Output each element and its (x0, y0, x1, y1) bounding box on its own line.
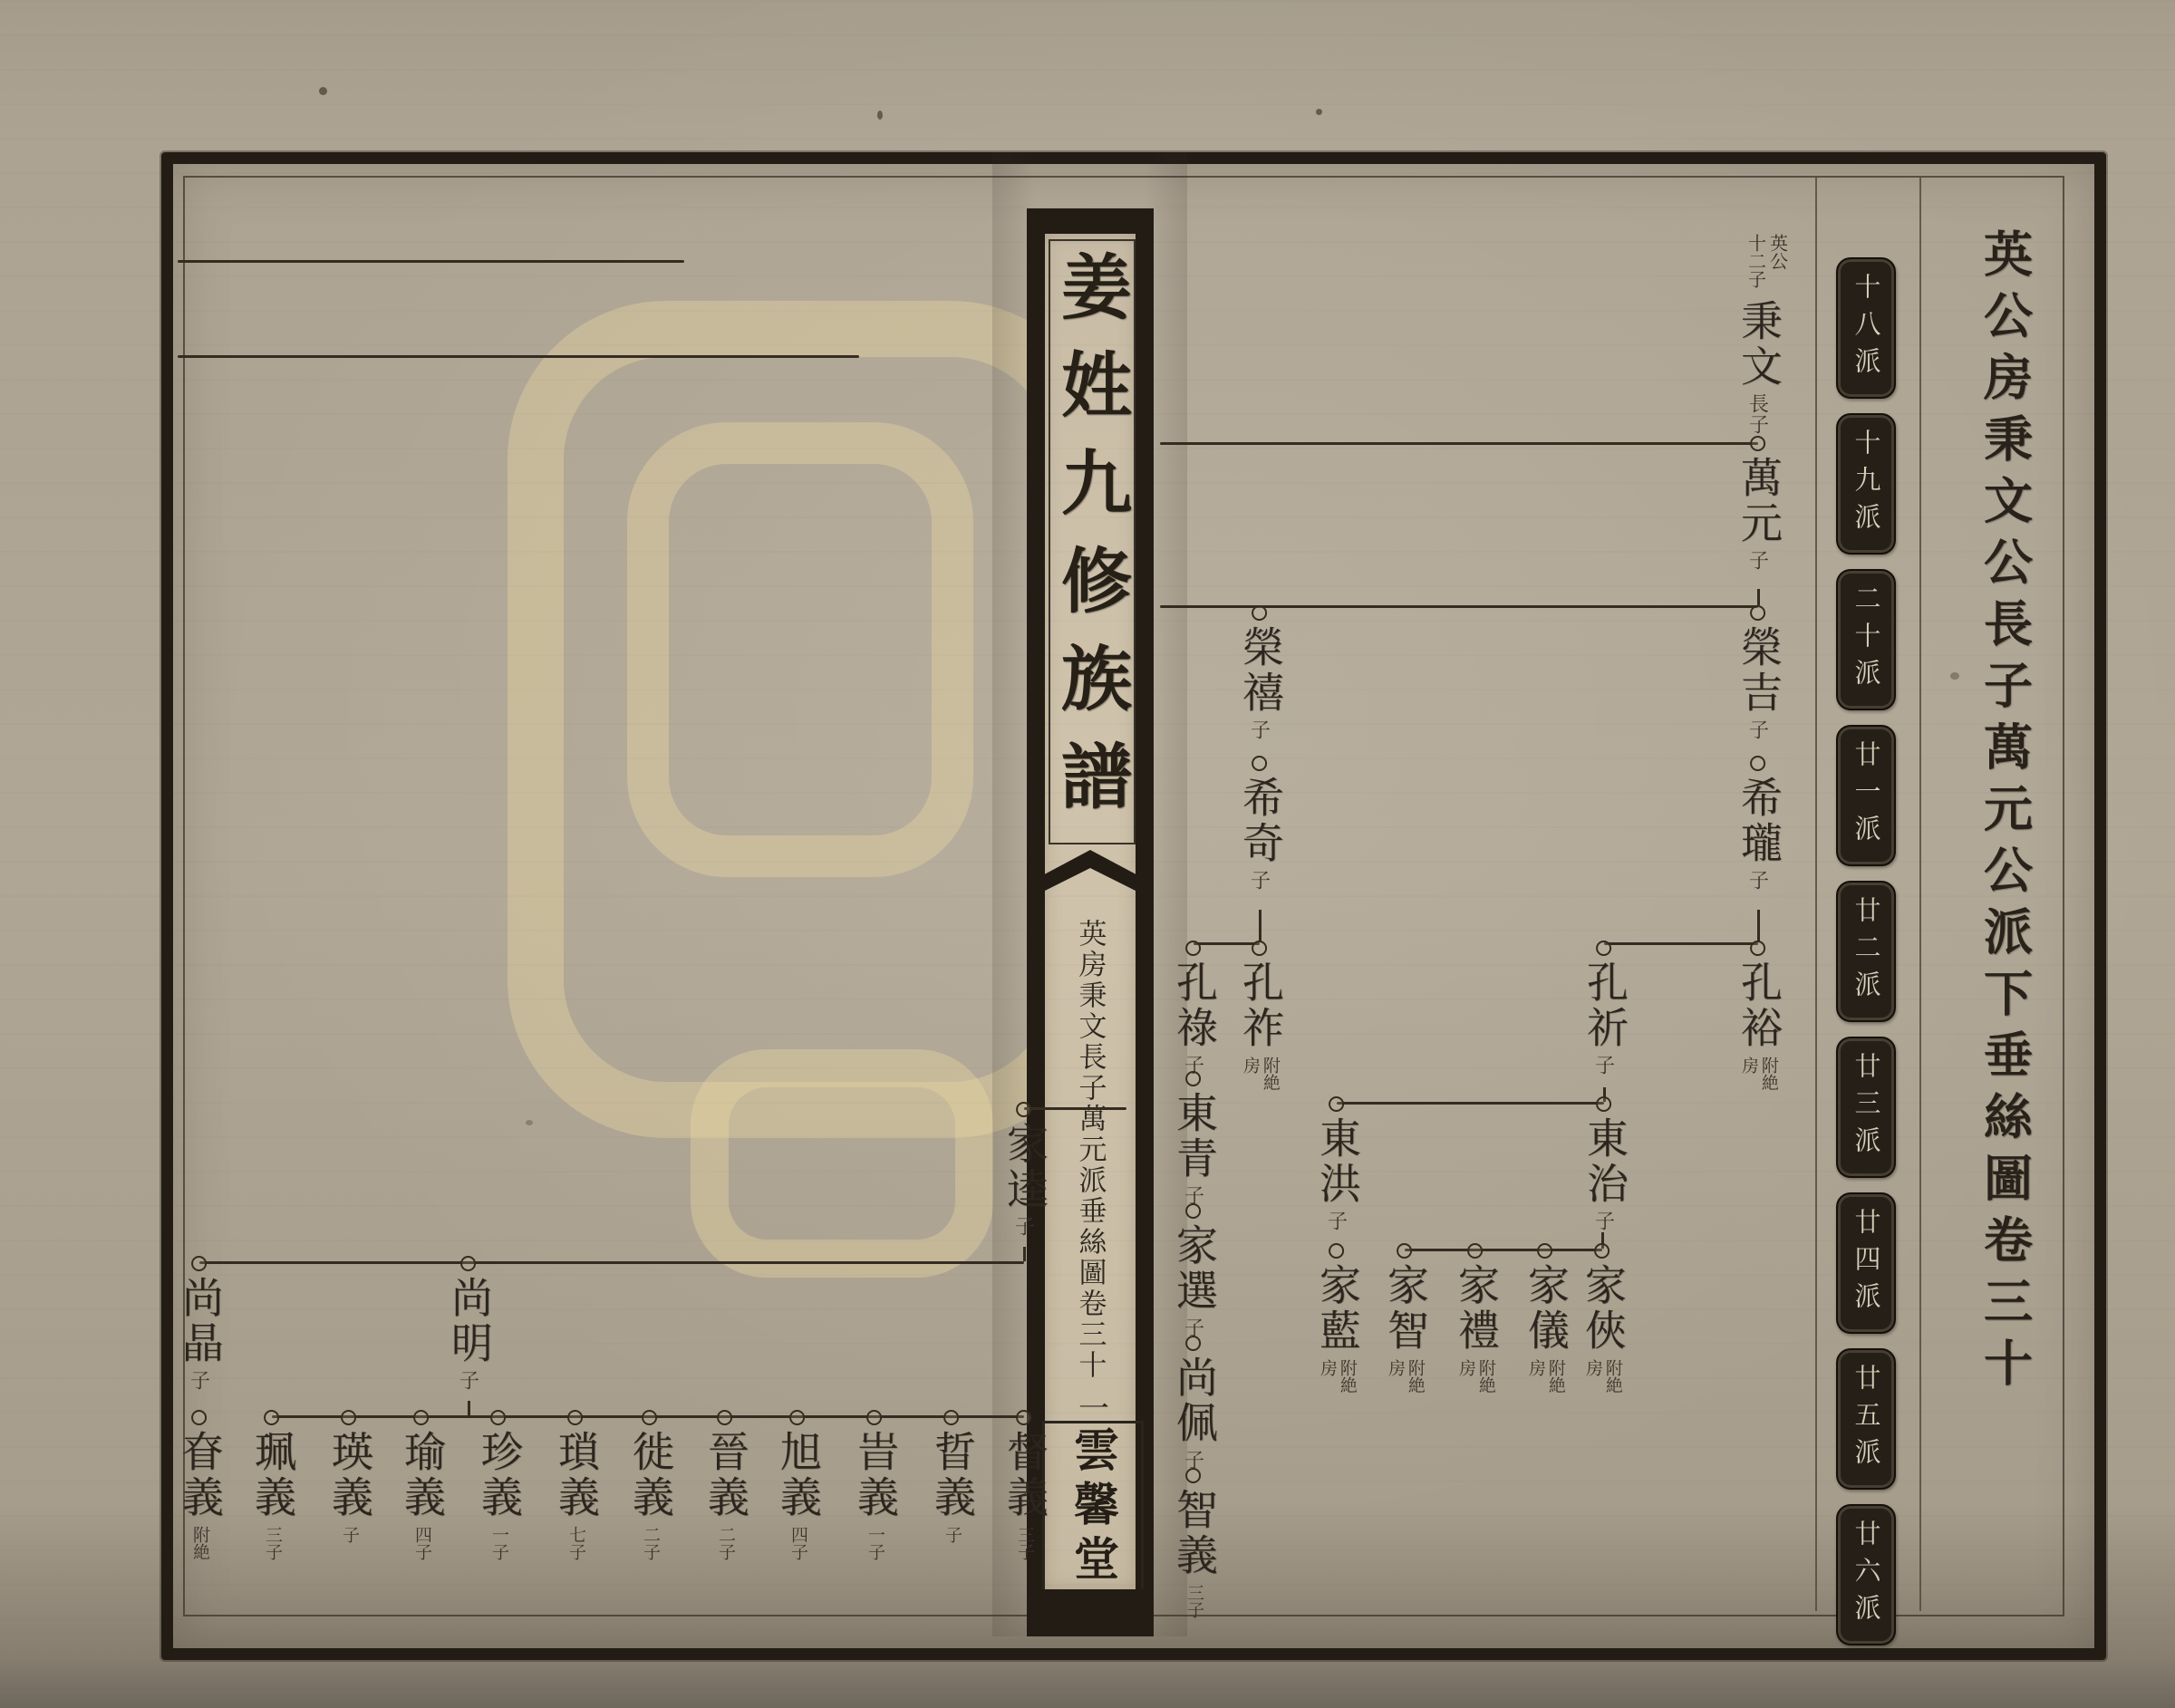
tree-node-孔祿: 孔祿子 (1172, 941, 1215, 1076)
status-note: 附絶房 (1318, 1359, 1356, 1394)
tree-node-希奇: 希奇子 (1238, 756, 1281, 891)
descent-circle-icon (341, 1410, 356, 1425)
status-note-col: 三子 (1015, 1526, 1033, 1560)
descent-circle-icon (1596, 1096, 1611, 1112)
descent-circle-icon (789, 1410, 805, 1425)
status-note-col: 附絶 (1759, 1057, 1777, 1091)
sibling-connector-line (199, 1261, 1024, 1264)
tree-node-萬元: 萬元子 (1736, 436, 1780, 571)
person-name: 東洪 (1315, 1116, 1358, 1207)
tree-node-晉義: 晉義二子 (703, 1410, 747, 1560)
person-name: 晢義 (930, 1430, 973, 1520)
tree-node-家智: 家智附絶房 (1383, 1243, 1426, 1394)
book-title: 姜姓九修族譜 (1039, 250, 1141, 837)
person-name: 萬元 (1736, 456, 1780, 546)
status-note-col: 三子 (1184, 1584, 1203, 1618)
person-name: 瑜義 (400, 1430, 443, 1520)
descent-tick-line (468, 1401, 470, 1415)
relation-annotation: 子 (1590, 1055, 1618, 1076)
descent-circle-icon (1750, 605, 1765, 621)
relation-annotation: 子 (454, 1370, 482, 1391)
person-name: 旹義 (853, 1430, 896, 1520)
chart-title: 英公房秉文公長子萬元公派下垂絲圖卷三十 (1970, 228, 2040, 1399)
person-name: 孔祿 (1172, 960, 1215, 1051)
tree-node-家俠: 家俠附絶房 (1580, 1243, 1624, 1394)
status-note-col: 附絶 (1476, 1359, 1494, 1394)
person-name: 家藍 (1315, 1263, 1358, 1354)
person-name: 尚佩 (1172, 1356, 1215, 1446)
generation-label-text: 二十派 (1848, 584, 1885, 696)
status-note: 三子 (1015, 1526, 1033, 1560)
status-note: 子 (942, 1526, 961, 1543)
status-note: 附絶房 (1241, 1057, 1279, 1091)
status-note-col: 子 (340, 1526, 358, 1543)
descent-circle-icon (1750, 756, 1765, 771)
lineage-start-note: 英公 十二子 (1745, 234, 1786, 288)
status-note-col: 附絶 (1603, 1359, 1621, 1394)
status-note-col: 房 (1583, 1359, 1601, 1394)
tree-node-旭義: 旭義四子 (776, 1410, 819, 1560)
tree-node-東治: 東治子 (1582, 1096, 1626, 1231)
descent-circle-icon (1252, 605, 1267, 621)
paper-speck (1950, 672, 1959, 680)
person-name: 家儀 (1523, 1263, 1567, 1354)
status-note-col: 一子 (865, 1526, 884, 1560)
descent-circle-icon (1016, 1102, 1031, 1117)
status-note: 附絶房 (1456, 1359, 1494, 1394)
person-name: 家智 (1383, 1263, 1426, 1354)
tree-node-珮義: 珮義三子 (250, 1410, 294, 1560)
generation-label-text: 廿六派 (1848, 1520, 1885, 1631)
relation-annotation: 子 (1590, 1211, 1618, 1231)
tree-node-旹義: 旹義一子 (853, 1410, 896, 1560)
status-note-col: 一子 (489, 1526, 507, 1560)
generation-label-text: 廿一派 (1848, 740, 1885, 852)
person-name: 希瓏 (1736, 776, 1780, 866)
sibling-connector-line (1604, 942, 1758, 945)
person-name: 孔祚 (1238, 960, 1281, 1051)
generation-label-text: 十九派 (1848, 429, 1885, 540)
status-note-col: 子 (942, 1526, 961, 1543)
descent-tick-line (1757, 589, 1760, 605)
person-name: 晉義 (703, 1430, 747, 1520)
tree-node-尚佩: 尚佩子 (1172, 1336, 1215, 1471)
descent-circle-icon (1016, 1410, 1031, 1425)
status-note-col: 四子 (788, 1526, 807, 1560)
tree-node-智義: 智義三子 (1172, 1468, 1215, 1618)
generation-label-十八派: 十八派 (1836, 257, 1896, 399)
person-name: 孔祈 (1582, 960, 1626, 1051)
tree-node-家儀: 家儀附絶房 (1523, 1243, 1567, 1394)
person-name: 榮吉 (1736, 625, 1780, 716)
descent-circle-icon (943, 1410, 959, 1425)
status-note: 四子 (788, 1526, 807, 1560)
tree-node-孔祚: 孔祚附絶房 (1238, 941, 1281, 1091)
descent-circle-icon (1594, 1243, 1609, 1259)
status-note: 一子 (865, 1526, 884, 1560)
sibling-connector-line (1337, 1102, 1604, 1105)
column-rule-right (1919, 178, 1921, 1611)
sibling-connector-line (1405, 1249, 1602, 1251)
descent-circle-icon (642, 1410, 657, 1425)
generation-label-廿四派: 廿四派 (1836, 1192, 1896, 1334)
tree-node-家選: 家選子 (1172, 1203, 1215, 1338)
person-name: 家禮 (1454, 1263, 1497, 1354)
column-rule-left (1815, 178, 1817, 1611)
tree-node-家藍: 家藍附絶房 (1315, 1243, 1358, 1394)
status-note: 附絶房 (1526, 1359, 1564, 1394)
descent-circle-icon (866, 1410, 882, 1425)
person-name: 希奇 (1238, 776, 1281, 866)
status-note: 二子 (716, 1526, 734, 1560)
person-name: 尚明 (447, 1276, 490, 1366)
status-note: 四子 (412, 1526, 430, 1560)
descent-circle-icon (1750, 941, 1765, 956)
person-name: 尚晶 (178, 1276, 221, 1366)
status-note-col: 房 (1739, 1057, 1757, 1091)
relation-annotation: 子 (1245, 719, 1273, 740)
generation-label-二十派: 二十派 (1836, 569, 1896, 710)
status-note-col: 四子 (412, 1526, 430, 1560)
status-note: 二子 (641, 1526, 659, 1560)
tree-node-尚明: 尚明子 (447, 1256, 490, 1391)
status-note: 三子 (1184, 1584, 1203, 1618)
status-note-col: 二子 (716, 1526, 734, 1560)
generation-label-text: 廿四派 (1848, 1208, 1885, 1319)
generation-label-廿二派: 廿二派 (1836, 881, 1896, 1022)
status-note-col: 附絶 (1338, 1359, 1356, 1394)
descent-circle-icon (1467, 1243, 1483, 1259)
relation-annotation: 子 (185, 1370, 213, 1391)
status-note-col: 房 (1386, 1359, 1404, 1394)
status-note-col: 房 (1318, 1359, 1336, 1394)
sibling-connector-line (1160, 442, 1758, 445)
status-note: 附絶 (190, 1526, 208, 1560)
person-name: 東治 (1582, 1116, 1626, 1207)
status-note: 子 (340, 1526, 358, 1543)
sibling-connector-line (178, 355, 859, 358)
status-note-col: 附絶 (1406, 1359, 1424, 1394)
descent-tick-line (1023, 1247, 1026, 1261)
tree-node-眘義: 眘義附絶 (178, 1410, 221, 1560)
descent-circle-icon (191, 1410, 207, 1425)
tree-node-榮吉: 榮吉子 (1736, 605, 1780, 740)
relation-annotation: 子 (1245, 870, 1273, 891)
descent-circle-icon (264, 1410, 279, 1425)
status-note-col: 七子 (566, 1526, 585, 1560)
tree-node-家禮: 家禮附絶房 (1454, 1243, 1497, 1394)
relation-annotation: 子 (1744, 719, 1772, 740)
generation-label-廿六派: 廿六派 (1836, 1504, 1896, 1645)
descent-circle-icon (1750, 436, 1765, 451)
descent-circle-icon (1329, 1243, 1344, 1259)
tree-node-徙義: 徙義二子 (628, 1410, 672, 1560)
generation-label-text: 十八派 (1848, 273, 1885, 384)
tree-node-東青: 東青子 (1172, 1071, 1215, 1206)
person-name: 智義 (1172, 1488, 1215, 1578)
tree-node-秉文: 秉文長子 (1736, 299, 1780, 435)
tree-node-榮禧: 榮禧子 (1238, 605, 1281, 740)
descent-circle-icon (1397, 1243, 1412, 1259)
descent-circle-icon (490, 1410, 506, 1425)
tree-node-孔裕: 孔裕附絶房 (1736, 941, 1780, 1091)
relation-annotation: 子 (1744, 870, 1772, 891)
tree-node-瑣義: 瑣義七子 (554, 1410, 597, 1560)
person-name: 眘義 (178, 1430, 221, 1520)
status-note-col: 附絶 (1261, 1057, 1279, 1091)
person-name: 督義 (1002, 1430, 1046, 1520)
person-name: 珮義 (250, 1430, 294, 1520)
relation-annotation: 長子 (1744, 393, 1772, 435)
status-note-col: 房 (1241, 1057, 1259, 1091)
fishtail-mark-icon (1027, 846, 1154, 912)
person-name: 珍義 (477, 1430, 520, 1520)
sibling-connector-line (178, 260, 684, 263)
spine-bottom-bar (1027, 1589, 1154, 1636)
descent-circle-icon (1596, 941, 1611, 956)
person-name: 榮禧 (1238, 625, 1281, 716)
generation-label-廿三派: 廿三派 (1836, 1037, 1896, 1178)
generation-label-text: 廿二派 (1848, 896, 1885, 1008)
status-note: 附絶房 (1386, 1359, 1424, 1394)
paper-speck (319, 87, 327, 95)
generation-label-廿一派: 廿一派 (1836, 725, 1896, 866)
generation-label-text: 廿五派 (1848, 1364, 1885, 1475)
descent-circle-icon (1185, 1336, 1201, 1351)
descent-circle-icon (460, 1256, 476, 1271)
status-note: 附絶房 (1583, 1359, 1621, 1394)
person-name: 瑣義 (554, 1430, 597, 1520)
relation-annotation: 子 (1322, 1211, 1350, 1231)
status-note-col: 房 (1526, 1359, 1544, 1394)
status-note-col: 三子 (263, 1526, 281, 1560)
paper-speck (526, 1120, 533, 1125)
person-name: 東青 (1172, 1091, 1215, 1182)
paper-speck (877, 111, 883, 120)
tree-node-瑜義: 瑜義四子 (400, 1410, 443, 1560)
person-name: 家逵 (1002, 1122, 1046, 1212)
descent-circle-icon (191, 1256, 207, 1271)
status-note-col: 附絶 (190, 1526, 208, 1560)
tree-node-東洪: 東洪子 (1315, 1096, 1358, 1231)
descent-tick-line (1259, 910, 1261, 942)
tree-node-督義: 督義三子 (1002, 1410, 1046, 1560)
status-note-col: 房 (1456, 1359, 1474, 1394)
descent-tick-line (1757, 910, 1760, 942)
tree-node-晢義: 晢義子 (930, 1410, 973, 1543)
descent-circle-icon (717, 1410, 732, 1425)
generation-label-廿五派: 廿五派 (1836, 1348, 1896, 1490)
lineage-start-note-col: 英公 (1767, 234, 1786, 288)
tree-node-尚晶: 尚晶子 (178, 1256, 221, 1391)
generation-label-十九派: 十九派 (1836, 413, 1896, 555)
paper-speck (1316, 109, 1322, 115)
person-name: 瑛義 (327, 1430, 371, 1520)
spine-section-title: 英房秉文長子萬元派垂絲圖卷三十 (1070, 919, 1111, 1381)
tree-node-孔祈: 孔祈子 (1582, 941, 1626, 1076)
genealogy-scan-page: 姜姓九修族譜 英房秉文長子萬元派垂絲圖卷三十 一 雲馨堂 英公房秉文公長子萬元公… (0, 0, 2175, 1708)
spine-page-number: 一 (1068, 1392, 1113, 1423)
descent-circle-icon (1252, 941, 1267, 956)
person-name: 旭義 (776, 1430, 819, 1520)
descent-circle-icon (1537, 1243, 1552, 1259)
descent-circle-icon (1185, 1468, 1201, 1483)
descent-circle-icon (1329, 1096, 1344, 1112)
person-name: 秉文 (1736, 299, 1780, 390)
status-note: 一子 (489, 1526, 507, 1560)
person-name: 家俠 (1580, 1263, 1624, 1354)
relation-annotation: 子 (1010, 1216, 1038, 1237)
person-name: 孔裕 (1736, 960, 1780, 1051)
tree-node-家逵: 家逵子 (1002, 1102, 1046, 1237)
status-note-col: 二子 (641, 1526, 659, 1560)
tree-node-希瓏: 希瓏子 (1736, 756, 1780, 891)
status-note-col: 附絶 (1546, 1359, 1564, 1394)
lineage-start-note-col: 十二子 (1745, 234, 1764, 288)
descent-circle-icon (1185, 1203, 1201, 1219)
hall-name-box: 雲馨堂 (1042, 1421, 1144, 1595)
descent-circle-icon (1185, 1071, 1201, 1086)
descent-circle-icon (413, 1410, 429, 1425)
status-note: 七子 (566, 1526, 585, 1560)
status-note: 三子 (263, 1526, 281, 1560)
status-note: 附絶房 (1739, 1057, 1777, 1091)
person-name: 家選 (1172, 1223, 1215, 1314)
spine-top-bar (1027, 208, 1154, 234)
descent-circle-icon (1252, 756, 1267, 771)
descent-circle-icon (1185, 941, 1201, 956)
generation-label-text: 廿三派 (1848, 1052, 1885, 1163)
tree-node-瑛義: 瑛義子 (327, 1410, 371, 1543)
tree-node-珍義: 珍義一子 (477, 1410, 520, 1560)
relation-annotation: 子 (1744, 550, 1772, 571)
person-name: 徙義 (628, 1430, 672, 1520)
hall-name: 雲馨堂 (1060, 1426, 1126, 1589)
descent-circle-icon (567, 1410, 583, 1425)
